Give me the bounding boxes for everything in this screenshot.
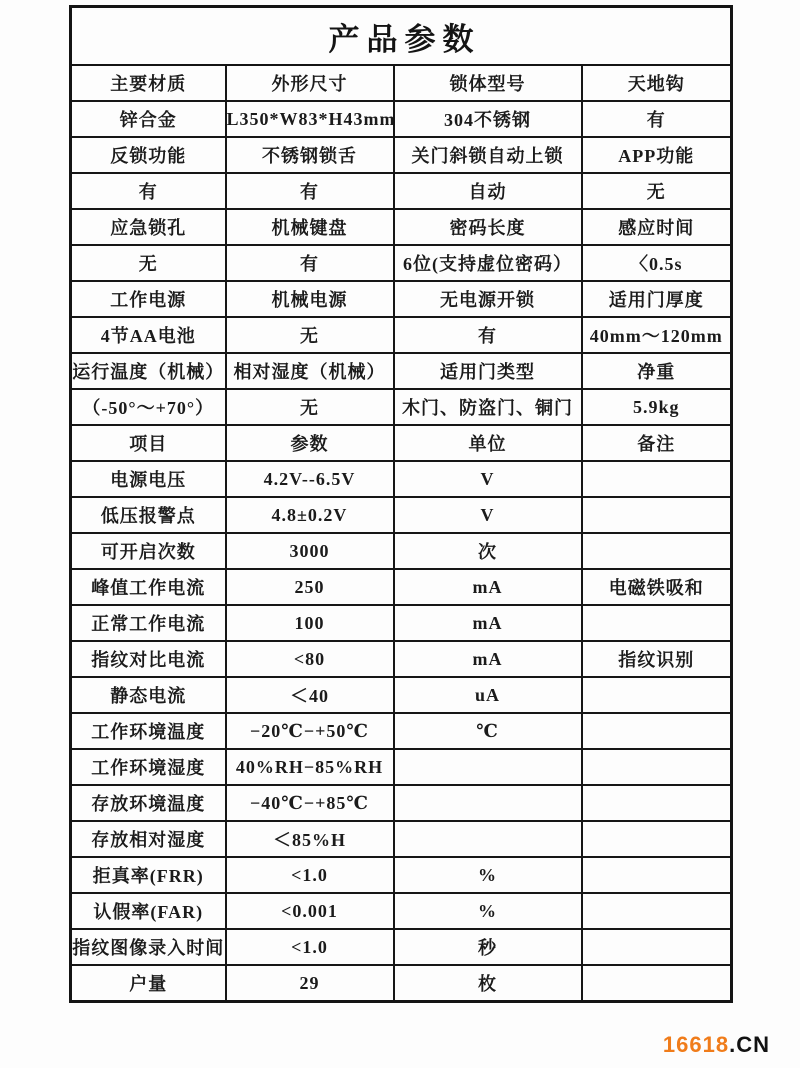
table-cell: 有: [226, 173, 394, 209]
table-cell: <80: [226, 641, 394, 677]
table-cell: [582, 533, 732, 569]
table-cell: 无电源开锁: [394, 281, 582, 317]
table-cell: 认假率(FAR): [71, 893, 226, 929]
table-cell: 锁体型号: [394, 65, 582, 101]
table-cell: [582, 749, 732, 785]
table-cell: 项目: [71, 425, 226, 461]
table-cell: 无: [226, 317, 394, 353]
table-cell: 4节AA电池: [71, 317, 226, 353]
table-header: 产品参数: [71, 7, 732, 66]
watermark-number: 16618: [663, 1032, 729, 1057]
table-cell: 4.2V--6.5V: [226, 461, 394, 497]
table-cell: 参数: [226, 425, 394, 461]
table-cell: 工作环境温度: [71, 713, 226, 749]
table-cell: 电磁铁吸和: [582, 569, 732, 605]
table-cell: 100: [226, 605, 394, 641]
table-row: 静态电流＜40uA: [71, 677, 732, 713]
table-row: 应急锁孔机械键盘密码长度感应时间: [71, 209, 732, 245]
table-cell: [394, 749, 582, 785]
watermark: 16618.CN: [663, 1032, 770, 1058]
table-cell: −40℃−+85℃: [226, 785, 394, 821]
table-cell: （-50°～+70°）: [71, 389, 226, 425]
table-cell: mA: [394, 569, 582, 605]
table-cell: ＜85%H: [226, 821, 394, 857]
table-cell: 存放相对湿度: [71, 821, 226, 857]
table-cell: %: [394, 893, 582, 929]
table-cell: 峰值工作电流: [71, 569, 226, 605]
table-cell: mA: [394, 605, 582, 641]
table-row: 正常工作电流100mA: [71, 605, 732, 641]
table-cell: 备注: [582, 425, 732, 461]
table-cell: [582, 893, 732, 929]
table-cell: ℃: [394, 713, 582, 749]
table-cell: 〈0.5s: [582, 245, 732, 281]
table-row: 低压报警点4.8±0.2VV: [71, 497, 732, 533]
table-row: 主要材质外形尺寸锁体型号天地钩: [71, 65, 732, 101]
table-cell: 40%RH−85%RH: [226, 749, 394, 785]
table-cell: 工作电源: [71, 281, 226, 317]
table-cell: 指纹对比电流: [71, 641, 226, 677]
table-cell: %: [394, 857, 582, 893]
table-cell: [582, 857, 732, 893]
table-cell: 有: [582, 101, 732, 137]
table-cell: 40mm～120mm: [582, 317, 732, 353]
table-cell: 密码长度: [394, 209, 582, 245]
table-cell: 户量: [71, 965, 226, 1002]
table-cell: 有: [394, 317, 582, 353]
table-cell: 机械键盘: [226, 209, 394, 245]
table-cell: [582, 785, 732, 821]
table-cell: 5.9kg: [582, 389, 732, 425]
table-cell: 关门斜锁自动上锁: [394, 137, 582, 173]
table-cell: <1.0: [226, 857, 394, 893]
table-cell: 无: [582, 173, 732, 209]
product-spec-table: 产品参数 主要材质外形尺寸锁体型号天地钩锌合金L350*W83*H43mm304…: [69, 5, 733, 1003]
table-cell: 次: [394, 533, 582, 569]
table-cell: 反锁功能: [71, 137, 226, 173]
table-row: 峰值工作电流250mA电磁铁吸和: [71, 569, 732, 605]
table-row: （-50°～+70°）无木门、防盗门、铜门5.9kg: [71, 389, 732, 425]
table-cell: L350*W83*H43mm: [226, 101, 394, 137]
table-row: 4节AA电池无有40mm～120mm: [71, 317, 732, 353]
table-row: 拒真率(FRR)<1.0%: [71, 857, 732, 893]
table-cell: −20℃−+50℃: [226, 713, 394, 749]
table-cell: 运行温度（机械）: [71, 353, 226, 389]
table-row: 电源电压4.2V--6.5VV: [71, 461, 732, 497]
table-cell: [582, 821, 732, 857]
table-cell: 无: [71, 245, 226, 281]
table-cell: 3000: [226, 533, 394, 569]
table-row: 存放环境温度−40℃−+85℃: [71, 785, 732, 821]
table-cell: 正常工作电流: [71, 605, 226, 641]
table-cell: [582, 929, 732, 965]
table-cell: 29: [226, 965, 394, 1002]
table-cell: 感应时间: [582, 209, 732, 245]
table-cell: 静态电流: [71, 677, 226, 713]
table-row: 指纹图像录入时间<1.0秒: [71, 929, 732, 965]
table-row: 锌合金L350*W83*H43mm304不锈钢有: [71, 101, 732, 137]
table-cell: 适用门类型: [394, 353, 582, 389]
table-cell: 主要材质: [71, 65, 226, 101]
table-cell: 拒真率(FRR): [71, 857, 226, 893]
table-cell: 相对湿度（机械）: [226, 353, 394, 389]
table-cell: 适用门厚度: [582, 281, 732, 317]
table-row: 户量29枚: [71, 965, 732, 1002]
table-cell: 低压报警点: [71, 497, 226, 533]
table-cell: <1.0: [226, 929, 394, 965]
title-row: 产品参数: [71, 7, 732, 66]
table-row: 有有自动无: [71, 173, 732, 209]
table-cell: 存放环境温度: [71, 785, 226, 821]
table-row: 运行温度（机械）相对湿度（机械）适用门类型净重: [71, 353, 732, 389]
table-cell: 不锈钢锁舌: [226, 137, 394, 173]
table-row: 无有6位(支持虚位密码）〈0.5s: [71, 245, 732, 281]
table-cell: 单位: [394, 425, 582, 461]
table-row: 工作电源机械电源无电源开锁适用门厚度: [71, 281, 732, 317]
table-cell: 可开启次数: [71, 533, 226, 569]
table-cell: [582, 605, 732, 641]
table-cell: [582, 713, 732, 749]
table-cell: 机械电源: [226, 281, 394, 317]
table-cell: 外形尺寸: [226, 65, 394, 101]
table-cell: 304不锈钢: [394, 101, 582, 137]
table-row: 工作环境温度−20℃−+50℃℃: [71, 713, 732, 749]
table-cell: 净重: [582, 353, 732, 389]
table-cell: 电源电压: [71, 461, 226, 497]
table-cell: APP功能: [582, 137, 732, 173]
table-row: 指纹对比电流<80mA指纹识别: [71, 641, 732, 677]
table-cell: ＜40: [226, 677, 394, 713]
table-cell: 无: [226, 389, 394, 425]
table-cell: 指纹图像录入时间: [71, 929, 226, 965]
table-cell: 木门、防盗门、铜门: [394, 389, 582, 425]
table-cell: 250: [226, 569, 394, 605]
table-cell: [394, 821, 582, 857]
table-cell: V: [394, 461, 582, 497]
table-cell: 6位(支持虚位密码）: [394, 245, 582, 281]
table-row: 认假率(FAR)<0.001%: [71, 893, 732, 929]
table-title: 产品参数: [71, 7, 732, 66]
table-cell: 自动: [394, 173, 582, 209]
table-cell: [582, 461, 732, 497]
table-body: 主要材质外形尺寸锁体型号天地钩锌合金L350*W83*H43mm304不锈钢有反…: [71, 65, 732, 1002]
table-cell: mA: [394, 641, 582, 677]
table-cell: [582, 965, 732, 1002]
table-row: 可开启次数3000次: [71, 533, 732, 569]
table-row: 项目参数单位备注: [71, 425, 732, 461]
table-cell: 有: [71, 173, 226, 209]
table-cell: V: [394, 497, 582, 533]
table-cell: 应急锁孔: [71, 209, 226, 245]
table-cell: 有: [226, 245, 394, 281]
table-cell: uA: [394, 677, 582, 713]
table-row: 存放相对湿度＜85%H: [71, 821, 732, 857]
table-cell: 指纹识别: [582, 641, 732, 677]
table-row: 反锁功能不锈钢锁舌关门斜锁自动上锁APP功能: [71, 137, 732, 173]
table-cell: [582, 497, 732, 533]
table-cell: 天地钩: [582, 65, 732, 101]
table-cell: [582, 677, 732, 713]
table-cell: 秒: [394, 929, 582, 965]
table-cell: 4.8±0.2V: [226, 497, 394, 533]
page: 产品参数 主要材质外形尺寸锁体型号天地钩锌合金L350*W83*H43mm304…: [0, 0, 800, 1068]
table-cell: [394, 785, 582, 821]
table-cell: <0.001: [226, 893, 394, 929]
table-row: 工作环境湿度40%RH−85%RH: [71, 749, 732, 785]
table-cell: 工作环境湿度: [71, 749, 226, 785]
watermark-suffix: .CN: [729, 1032, 770, 1057]
table-cell: 锌合金: [71, 101, 226, 137]
table-cell: 枚: [394, 965, 582, 1002]
